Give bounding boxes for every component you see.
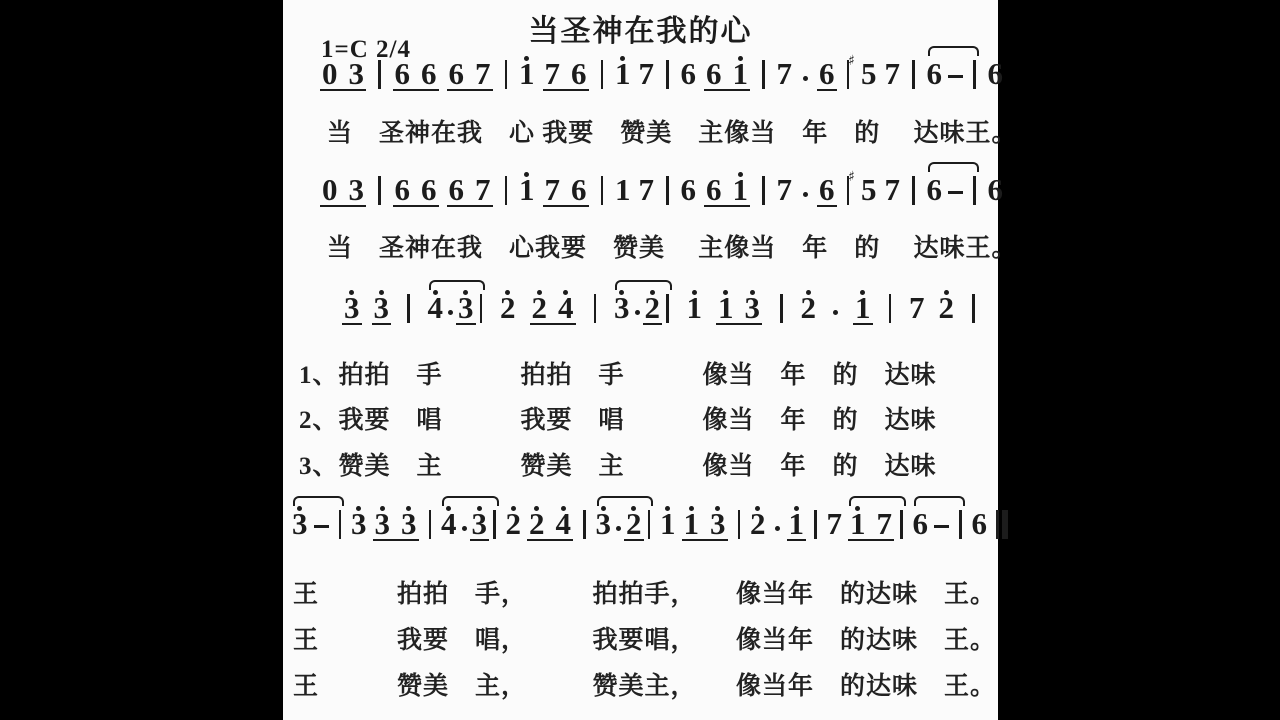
octave-dot [738, 172, 743, 177]
note: 6 [680, 178, 698, 207]
note: 3 [471, 512, 489, 541]
tie-group: 6 [926, 176, 981, 207]
octave-dot [806, 290, 811, 295]
note: 4 [557, 296, 575, 320]
sheet-music-page: 当圣神在我的心 1=C 2/4 03666717617661765♯766 当 … [283, 0, 998, 720]
octave-dot [406, 506, 411, 511]
note: 1 [788, 512, 806, 541]
note: 2 [505, 512, 523, 541]
octave-dot [631, 506, 636, 511]
note: 6 [680, 62, 698, 91]
note: 2 [749, 512, 767, 541]
note: 2 [800, 296, 818, 325]
note: 6 [912, 512, 930, 541]
note: 3 [373, 296, 391, 325]
octave-dot [349, 290, 354, 295]
octave-dot [505, 290, 510, 295]
note: 2 [644, 296, 662, 325]
note: 7 [544, 62, 562, 86]
barline [900, 510, 903, 539]
note: 6 [926, 178, 944, 207]
beam-group: 66 [392, 178, 440, 207]
octave-dot [944, 290, 949, 295]
barline [480, 294, 483, 323]
note: 3 [595, 512, 613, 541]
barline [493, 510, 496, 539]
beam-group: 13 [681, 512, 729, 541]
octave-dot [794, 506, 799, 511]
octave-dot [860, 290, 865, 295]
note: 3 [613, 296, 631, 325]
octave-dot [738, 56, 743, 61]
note: 4 [555, 512, 573, 536]
note: 6 [818, 178, 836, 207]
note: 6 [818, 62, 836, 91]
octave-dot [511, 506, 516, 511]
octave-dot [297, 506, 302, 511]
notation-line-2: 03666717617661765♯766 [319, 176, 1004, 207]
barline [912, 176, 915, 205]
note: 7 [638, 62, 656, 91]
note: 6 [420, 178, 438, 202]
duration-dash [948, 191, 963, 194]
notation-line-1: 03666717617661765♯766 [319, 60, 1004, 91]
octave-dot [665, 506, 670, 511]
beam-group: 67 [446, 62, 494, 91]
note: 7 [776, 62, 794, 91]
note: 6 [971, 512, 989, 541]
beam-group: 33 [372, 512, 420, 541]
beam-group: 76 [542, 62, 590, 91]
barline [959, 510, 962, 539]
barline [762, 60, 765, 89]
note: 2 [625, 512, 643, 541]
duration-dash [948, 75, 963, 78]
note: 1 [683, 512, 701, 536]
beam-group: 24 [529, 296, 577, 325]
duration-dot [803, 192, 808, 197]
octave-dot [524, 56, 529, 61]
final-lyrics-2: 王 我要 唱， 我要唱， 像当年 的达味 王。 [293, 620, 996, 656]
note: 2 [528, 512, 546, 536]
note: 1 [717, 296, 735, 320]
note: 7 [544, 178, 562, 202]
note: 6 [987, 62, 1005, 91]
note: 1 [614, 62, 632, 91]
barline [972, 294, 975, 323]
note: 7 [638, 178, 656, 207]
note: 6 [987, 178, 1005, 207]
tie-group: 43 [427, 294, 488, 325]
note: 7 [876, 512, 894, 536]
tie-group: 32 [595, 510, 656, 541]
note: 1 [659, 512, 677, 541]
note: 6 [705, 62, 723, 86]
note: 1 [849, 512, 867, 536]
barline [973, 60, 976, 89]
note: 3 [709, 512, 727, 536]
barline [973, 176, 976, 205]
note: 5♯ [860, 62, 878, 91]
octave-dot [563, 290, 568, 295]
octave-dot [689, 506, 694, 511]
note: 7 [776, 178, 794, 207]
duration-dot [635, 310, 640, 315]
note: 2 [531, 296, 549, 320]
note: 7 [474, 62, 492, 86]
final-barline [996, 510, 1008, 539]
note: 6 [448, 178, 466, 202]
note: 7 [474, 178, 492, 202]
duration-dot [616, 526, 621, 531]
final-lyrics-1: 王 拍拍 手， 拍拍手， 像当年 的达味 王。 [293, 574, 996, 610]
octave-dot [755, 506, 760, 511]
octave-dot [379, 290, 384, 295]
octave-dot [380, 506, 385, 511]
octave-dot [561, 506, 566, 511]
octave-dot [537, 290, 542, 295]
barline [780, 294, 783, 323]
note: 6 [394, 62, 412, 86]
barline [889, 294, 892, 323]
note: 7 [884, 178, 902, 207]
beam-group: 76 [542, 178, 590, 207]
note: 1 [854, 296, 872, 325]
barline [666, 176, 669, 205]
notation-line-3: 3343224321132172 [343, 294, 980, 325]
note: 3 [374, 512, 392, 536]
barline [814, 510, 817, 539]
verse-lyrics-2: 2、我要 唱 我要 唱 像当 年 的 达味 [299, 400, 937, 436]
note: 3 [343, 296, 361, 325]
note: 3 [400, 512, 418, 536]
octave-dot [620, 56, 625, 61]
octave-dot [650, 290, 655, 295]
duration-dash [314, 525, 329, 528]
note: 3 [348, 178, 366, 202]
octave-dot [356, 506, 361, 511]
verse-lyrics-1: 1、拍拍 手 拍拍 手 像当 年 的 达味 [299, 355, 937, 391]
barline [378, 60, 381, 89]
note: 6 [394, 178, 412, 202]
duration-dot [462, 526, 467, 531]
lyrics-line-1: 当 圣神在我 心 我要 赞美 主像当 年 的 达味王。 [327, 113, 1018, 149]
duration-dot [833, 310, 838, 315]
note: 3 [350, 512, 368, 541]
notation-line-4: 333343224321132171766 [291, 510, 1012, 541]
barline [505, 60, 508, 89]
tie-group: 32 [613, 294, 674, 325]
note: 6 [420, 62, 438, 86]
note: 6 [448, 62, 466, 86]
barline [505, 176, 508, 205]
octave-dot [715, 506, 720, 511]
barline [378, 176, 381, 205]
beam-group: 03 [319, 62, 367, 91]
octave-dot [463, 290, 468, 295]
barline [738, 510, 741, 539]
tie-group: 3 [291, 510, 346, 541]
note: 0 [321, 178, 339, 202]
tie-group: 6 [912, 510, 967, 541]
octave-dot [446, 506, 451, 511]
barline [762, 176, 765, 205]
beam-group: 67 [446, 178, 494, 207]
note: 3 [457, 296, 475, 325]
duration-dash [934, 525, 949, 528]
note: 6 [570, 178, 588, 202]
note: 2 [938, 296, 956, 325]
barline [339, 510, 342, 539]
barline [666, 294, 669, 323]
duration-dot [775, 526, 780, 531]
note: 3 [291, 512, 309, 541]
note: 7 [908, 296, 926, 325]
beam-group: 66 [392, 62, 440, 91]
note: 7 [826, 512, 844, 541]
beam-group: 17 [847, 512, 895, 541]
octave-dot [534, 506, 539, 511]
final-lyrics-3: 王 赞美 主， 赞美主， 像当年 的达味 王。 [293, 666, 996, 702]
barline [407, 294, 410, 323]
duration-dot [803, 76, 808, 81]
note: 1 [732, 178, 750, 202]
octave-dot [619, 290, 624, 295]
note: 4 [440, 512, 458, 541]
sharp-icon: ♯ [848, 170, 855, 184]
barline [429, 510, 432, 539]
barline [594, 294, 597, 323]
note: 2 [499, 296, 517, 325]
octave-dot [750, 290, 755, 295]
tie-group: 43 [440, 510, 501, 541]
note: 6 [926, 62, 944, 91]
tie-group: 6 [926, 60, 981, 91]
note: 4 [427, 296, 445, 325]
octave-dot [524, 172, 529, 177]
note: 6 [570, 62, 588, 86]
note: 1 [732, 62, 750, 86]
sharp-icon: ♯ [848, 54, 855, 68]
barline [912, 60, 915, 89]
barline [648, 510, 651, 539]
note: 3 [744, 296, 762, 320]
note: 6 [705, 178, 723, 202]
octave-dot [723, 290, 728, 295]
note: 3 [348, 62, 366, 86]
beam-group: 61 [703, 178, 751, 207]
note: 0 [321, 62, 339, 86]
beam-group: 13 [715, 296, 763, 325]
octave-dot [433, 290, 438, 295]
barline [601, 60, 604, 89]
note: 1 [518, 178, 536, 207]
octave-dot [601, 506, 606, 511]
beam-group: 61 [703, 62, 751, 91]
note: 7 [884, 62, 902, 91]
verse-lyrics-3: 3、赞美 主 赞美 主 像当 年 的 达味 [299, 446, 937, 482]
barline [666, 60, 669, 89]
octave-dot [855, 506, 860, 511]
lyrics-line-2: 当 圣神在我 心我要 赞美 主像当 年 的 达味王。 [327, 228, 1018, 264]
barline [583, 510, 586, 539]
note: 5♯ [860, 178, 878, 207]
tie-group: 17 [847, 510, 908, 541]
note: 1 [686, 296, 704, 325]
octave-dot [477, 506, 482, 511]
note: 1 [518, 62, 536, 91]
octave-dot [692, 290, 697, 295]
duration-dot [448, 310, 453, 315]
barline [601, 176, 604, 205]
beam-group: 03 [319, 178, 367, 207]
beam-group: 24 [526, 512, 574, 541]
letterbox-right [998, 0, 1280, 720]
note: 1 [614, 178, 632, 207]
letterbox-left [0, 0, 283, 720]
